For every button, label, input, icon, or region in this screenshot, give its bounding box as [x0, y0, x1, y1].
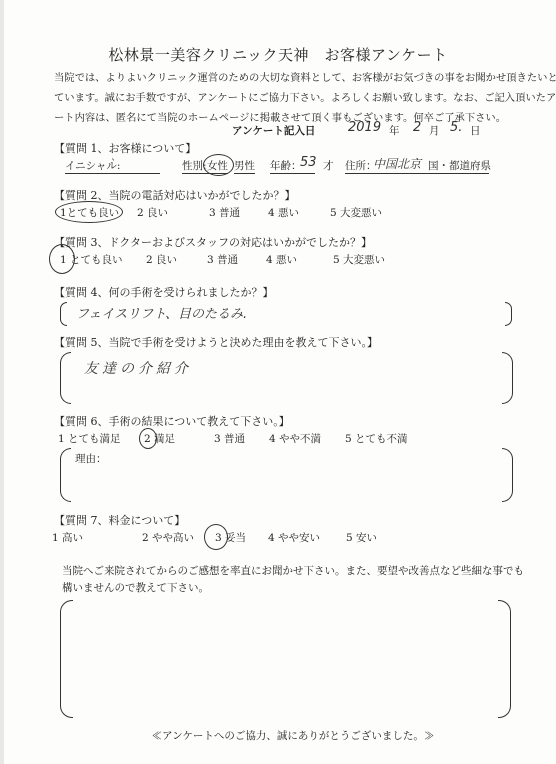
- page-title: 松林景一美容クリニック天神 お客様アンケート: [0, 44, 556, 65]
- q4-heading: 【質問 4、何の手術を受けられましたか？】: [54, 284, 274, 300]
- address-suffix: 国・都道府県: [428, 158, 491, 173]
- selection-circle: [55, 201, 123, 223]
- selection-circle: [204, 524, 228, 550]
- q6-reason-field[interactable]: [110, 451, 490, 495]
- q7-option-4[interactable]: 4 やや安い: [268, 530, 320, 545]
- selection-circle: [139, 428, 157, 449]
- q5-heading: 【質問 5、当院で手術を受けようと決めた理由を教えて下さい。】: [54, 334, 378, 350]
- q5-answer-field[interactable]: 友達の介紹介: [84, 358, 192, 378]
- q3-option-4[interactable]: 4 悪い: [266, 252, 297, 267]
- q1-heading: 【質問 1、お客様について】: [54, 140, 196, 156]
- q6-option-1[interactable]: 1 とても満足: [58, 431, 121, 446]
- q2-option-2[interactable]: 2 良い: [137, 205, 168, 220]
- q3-option-2[interactable]: 2 良い: [146, 252, 177, 267]
- q1-fields: イニシャル: ` 性別: 女性 男性 年齢： 53 才 住所： 中国北京 国・都…: [0, 158, 556, 178]
- selection-circle: [203, 154, 234, 176]
- q7-option-1[interactable]: 1 高い: [52, 530, 83, 545]
- feedback-prompt-line-1: 当院へご来院されてからのご感想を率直にお聞かせ下さい。また、要望や改善点など些細…: [62, 563, 524, 578]
- q6-option-5[interactable]: 5 とても不満: [345, 431, 408, 446]
- date-label: アンケート記入日: [232, 123, 315, 138]
- q2-option-5[interactable]: 5 大変悪い: [330, 205, 382, 220]
- intro-line-1: 当院では、よりよいクリニック運営のための大切な資料として、お客様がお気づきの事を…: [54, 68, 514, 88]
- q6-option-3[interactable]: 3 普通: [214, 431, 245, 446]
- q6-heading: 【質問 6、手術の結果について教えて下さい。】: [54, 413, 290, 429]
- answer-bracket-left: [60, 448, 71, 502]
- q6-reason-label: 理由：: [75, 451, 107, 466]
- q7-option-5[interactable]: 5 安い: [346, 530, 377, 545]
- date-year-unit: 年: [389, 123, 400, 138]
- q2-options: 1とても良い 2 良い 3 普通 4 悪い 5 大変悪い: [0, 205, 556, 223]
- answer-bracket-right: [502, 448, 513, 502]
- q4-answer-field[interactable]: フェイスリフト、目のたるみ.: [76, 303, 247, 322]
- age-unit: 才: [323, 158, 334, 173]
- q6-option-4[interactable]: 4 やや不満: [269, 431, 321, 446]
- answer-bracket-right: [505, 302, 512, 326]
- q3-option-5[interactable]: 5 大変悪い: [333, 252, 385, 267]
- answer-bracket-left: [60, 600, 73, 718]
- footer-thanks: ≪アンケートへのご協力、誠にありがとうございました。≫: [0, 728, 556, 743]
- q2-option-4[interactable]: 4 悪い: [268, 205, 299, 220]
- q3-option-3[interactable]: 3 普通: [207, 252, 238, 267]
- age-field[interactable]: 53: [300, 155, 317, 170]
- address-field[interactable]: 中国北京: [373, 155, 421, 172]
- scan-edge: [0, 0, 4, 764]
- q7-options: 1 高い 2 やや高い 3 妥当 4 やや安い 5 安い: [0, 530, 556, 548]
- q7-heading: 【質問 7、料金について】: [54, 512, 185, 528]
- date-month-field[interactable]: 2: [413, 120, 421, 135]
- answer-bracket-left: [60, 302, 67, 326]
- gender-option-male[interactable]: 男性: [234, 158, 255, 174]
- date-day-field[interactable]: 5.: [450, 120, 462, 135]
- answer-bracket-right: [502, 352, 513, 404]
- q3-heading: 【質問 3、ドクターおよびスタッフの対応はいかがでしたか？】: [54, 234, 372, 250]
- date-year-field[interactable]: 2019: [348, 120, 381, 135]
- date-day-unit: 日: [470, 123, 481, 138]
- q7-option-2[interactable]: 2 やや高い: [142, 530, 194, 545]
- answer-bracket-right: [498, 600, 511, 718]
- selection-circle: [49, 244, 75, 274]
- q2-option-3[interactable]: 3 普通: [209, 205, 240, 220]
- feedback-prompt-line-2: 構いませんので教えて下さい。: [62, 580, 209, 595]
- feedback-answer-field[interactable]: [80, 606, 490, 710]
- date-month-unit: 月: [429, 123, 440, 138]
- intro-line-2: ています。誠にお手数ですが、アンケートにご協力下さい。よろしくお願い致します。な…: [54, 88, 514, 108]
- answer-bracket-left: [60, 352, 71, 404]
- q6-options: 1 とても満足 2 満足 3 普通 4 やや不満 5 とても不満: [0, 431, 556, 449]
- q3-options: 1 とても良い 2 良い 3 普通 4 悪い 5 大変悪い: [0, 252, 556, 270]
- initial-field[interactable]: `: [110, 158, 115, 170]
